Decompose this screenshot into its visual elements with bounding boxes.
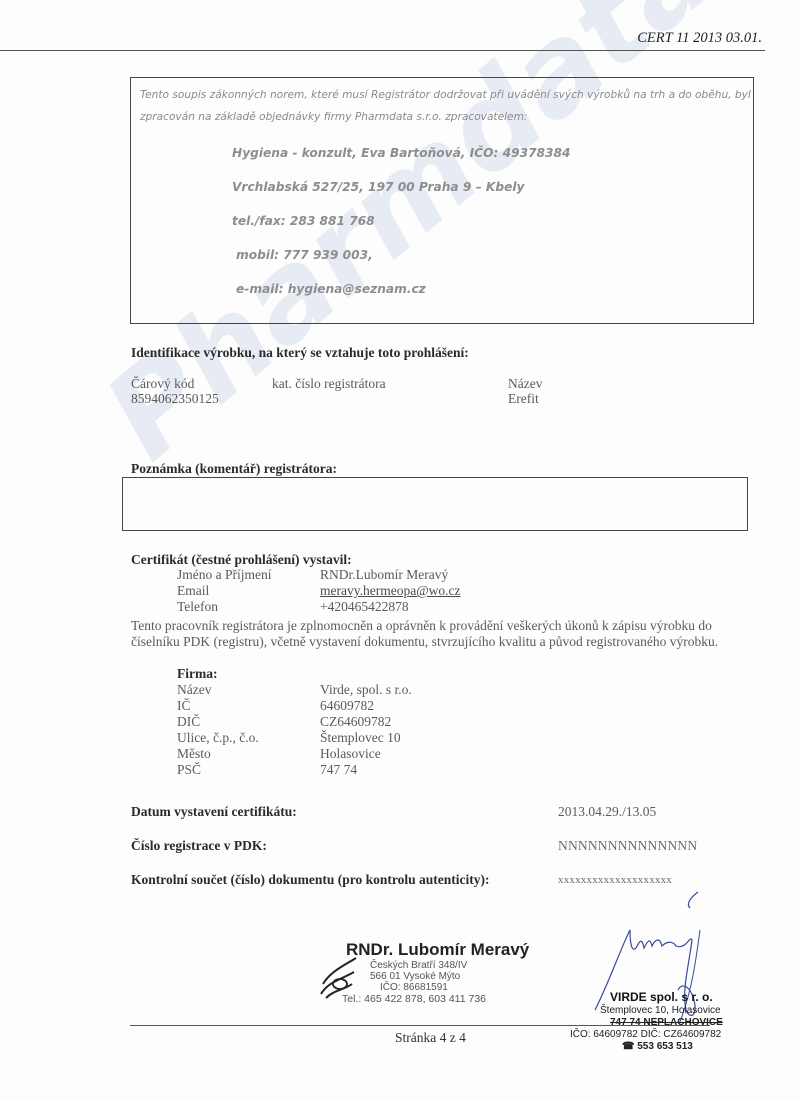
company-heading: Firma: bbox=[177, 666, 217, 682]
company-stamp-phone: ☎ 553 653 513 bbox=[622, 1041, 693, 1052]
company-stamp-name: VIRDE spol. s r. o. bbox=[610, 990, 713, 1004]
issuer-heading: Certifikát (čestné prohlášení) vystavil: bbox=[131, 552, 352, 568]
issuer-stamp-phone: Tel.: 465 422 878, 603 411 736 bbox=[342, 993, 486, 1005]
company-zip-label: PSČ bbox=[177, 762, 201, 778]
processor-phone: tel./fax: 283 881 768 bbox=[232, 214, 375, 228]
pdk-registration-value: NNNNNNNNNNNNNN bbox=[558, 838, 697, 854]
issuer-name-label: Jméno a Příjmení bbox=[177, 567, 272, 583]
note-heading: Poznámka (komentář) registrátora: bbox=[131, 461, 337, 477]
company-street-value: Štemplovec 10 bbox=[320, 730, 401, 746]
catalog-number-label: kat. číslo registrátora bbox=[272, 376, 386, 392]
issue-date-label: Datum vystavení certifikátu: bbox=[131, 804, 297, 820]
barcode-value: 8594062350125 bbox=[131, 391, 219, 407]
document-code: CERT 11 2013 03.01. bbox=[637, 30, 762, 47]
issuer-stamp: RNDr. Lubomír Meravý Českých Bratří 348/… bbox=[318, 940, 548, 1015]
company-ic-label: IČ bbox=[177, 698, 191, 714]
barcode-label: Čárový kód bbox=[131, 376, 194, 392]
issue-date-value: 2013.04.29./13.05 bbox=[558, 804, 656, 820]
company-city-value: Holasovice bbox=[320, 746, 381, 762]
page-number: Stránka 4 z 4 bbox=[395, 1030, 466, 1046]
pdk-registration-label: Číslo registrace v PDK: bbox=[131, 838, 267, 854]
company-dic-value: CZ64609782 bbox=[320, 714, 391, 730]
issuer-stamp-name: RNDr. Lubomír Meravý bbox=[346, 940, 529, 960]
note-box bbox=[122, 477, 748, 531]
company-dic-label: DIČ bbox=[177, 714, 200, 730]
issuer-email-link[interactable]: meravy.hermeopa@wo.cz bbox=[320, 583, 461, 599]
product-name-label: Název bbox=[508, 376, 542, 392]
company-stamp-city: 747 74 NEPLACHOVICE bbox=[610, 1017, 723, 1028]
issuer-stamp-city: 566 01 Vysoké Mýto bbox=[370, 971, 460, 982]
issuer-stamp-street: Českých Bratří 348/IV bbox=[370, 960, 467, 971]
company-ic-value: 64609782 bbox=[320, 698, 374, 714]
company-stamp: VIRDE spol. s r. o. Štemplovec 10, Holas… bbox=[590, 990, 800, 1070]
product-heading: Identifikace výrobku, na který se vztahu… bbox=[131, 345, 469, 361]
authorization-paragraph: Tento pracovník registrátora je zplnomoc… bbox=[131, 618, 731, 650]
issuer-name-value: RNDr.Lubomír Meravý bbox=[320, 567, 448, 583]
company-zip-value: 747 74 bbox=[320, 762, 357, 778]
header-divider bbox=[0, 50, 765, 51]
company-name-label: Název bbox=[177, 682, 211, 698]
checksum-value: xxxxxxxxxxxxxxxxxxxx bbox=[558, 874, 672, 886]
issuer-email-label: Email bbox=[177, 583, 209, 599]
processor-name: Hygiena - konzult, Eva Bartoňová, IČO: 4… bbox=[232, 146, 570, 160]
checksum-label: Kontrolní součet (číslo) dokumentu (pro … bbox=[131, 872, 490, 888]
product-name-value: Erefit bbox=[508, 391, 539, 407]
company-street-label: Ulice, č.p., č.o. bbox=[177, 730, 259, 746]
issuer-stamp-ico: IČO: 86681591 bbox=[380, 982, 448, 993]
company-name-value: Virde, spol. s r.o. bbox=[320, 682, 412, 698]
processor-mobile: mobil: 777 939 003, bbox=[236, 248, 373, 262]
company-stamp-street: Štemplovec 10, Holasovice bbox=[600, 1005, 721, 1016]
issuer-phone-value: +420465422878 bbox=[320, 599, 409, 615]
issuer-phone-label: Telefon bbox=[177, 599, 218, 615]
company-city-label: Město bbox=[177, 746, 211, 762]
processor-intro: Tento soupis zákonných norem, které musí… bbox=[140, 84, 760, 128]
company-stamp-ids: IČO: 64609782 DIČ: CZ64609782 bbox=[570, 1029, 721, 1040]
processor-email: e-mail: hygiena@seznam.cz bbox=[236, 282, 426, 296]
processor-address: Vrchlabská 527/25, 197 00 Praha 9 – Kbel… bbox=[232, 180, 524, 194]
